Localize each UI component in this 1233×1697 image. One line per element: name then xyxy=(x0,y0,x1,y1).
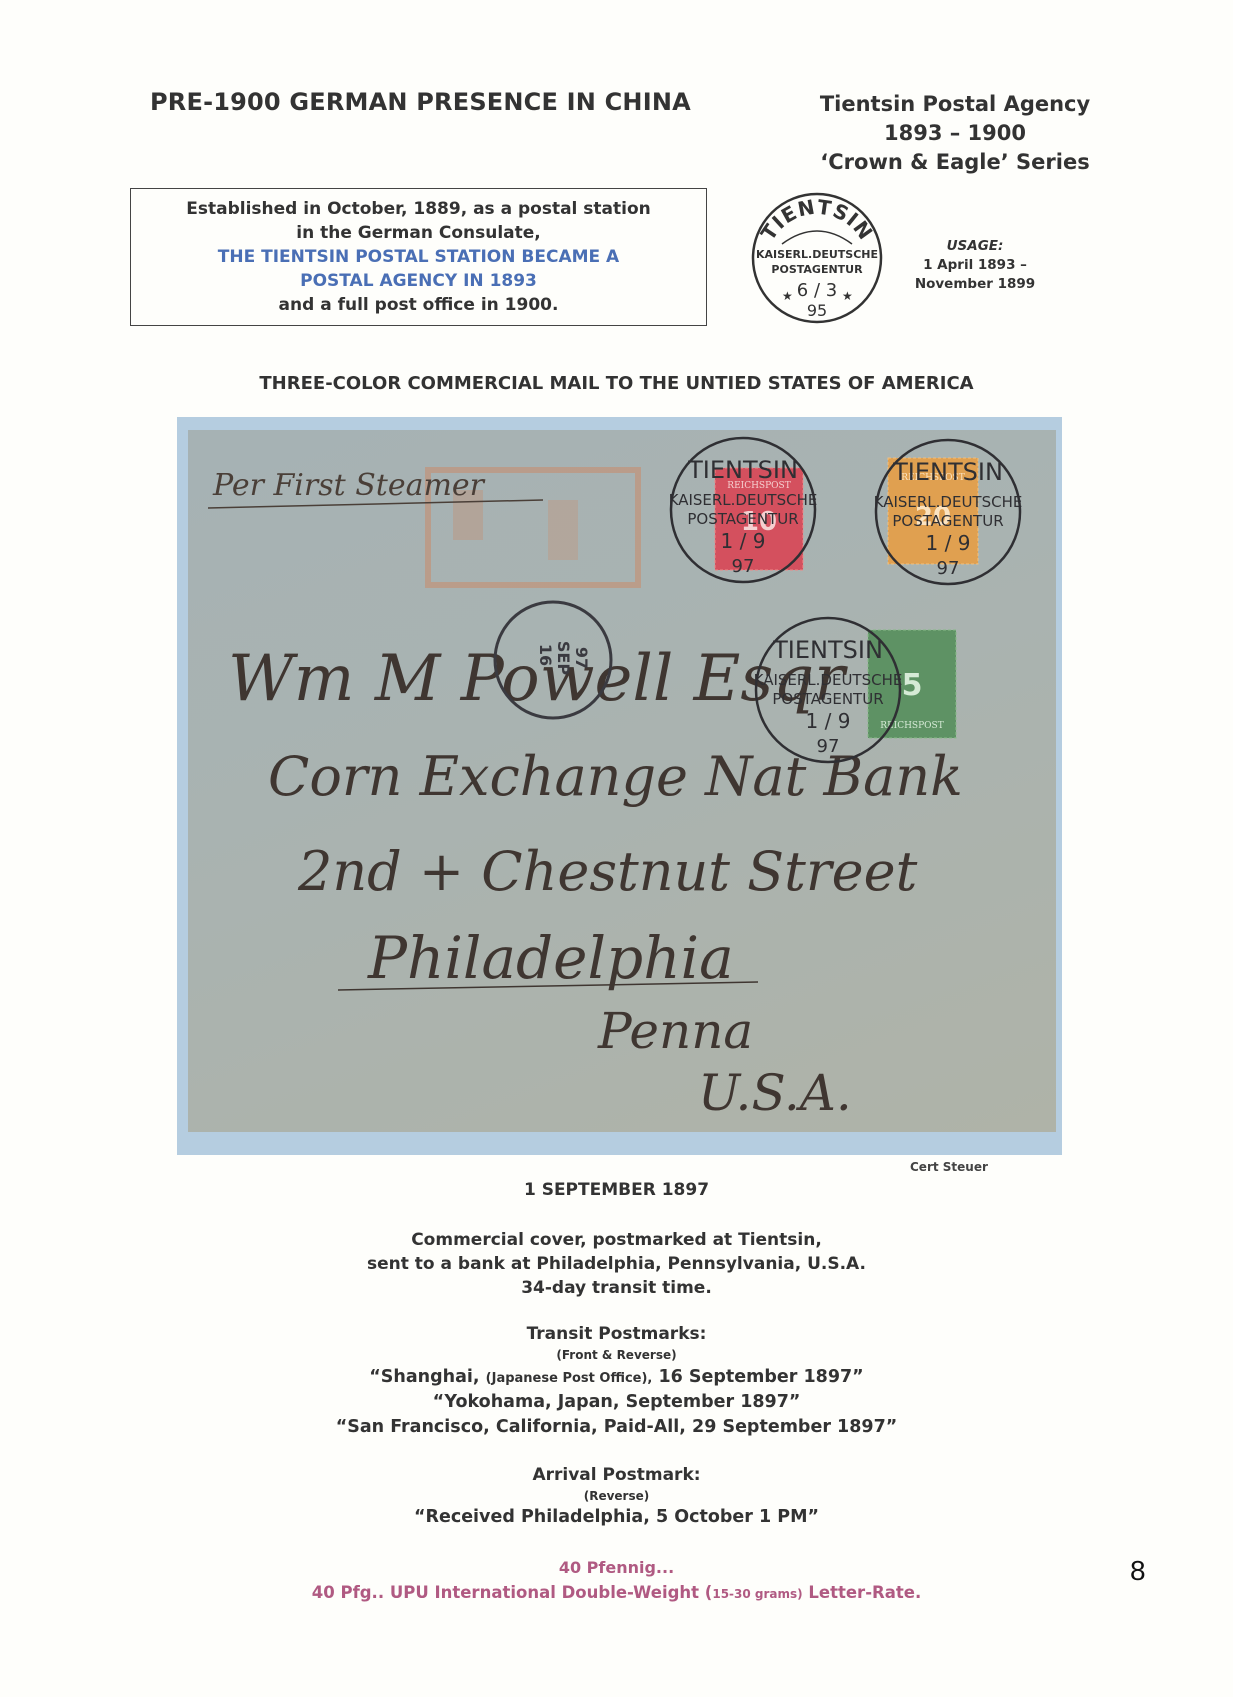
svg-text:POSTAGENTUR: POSTAGENTUR xyxy=(771,263,863,276)
transit-postmark-sanfrancisco: “San Francisco, California, Paid-All, 29… xyxy=(0,1417,1233,1437)
postmark-icon: TIENTSIN KAISERL.DEUTSCHE POSTAGENTUR 6 … xyxy=(747,188,887,328)
svg-text:1 / 9: 1 / 9 xyxy=(806,709,851,733)
sample-postmark: TIENTSIN KAISERL.DEUTSCHE POSTAGENTUR 6 … xyxy=(747,188,887,328)
arrival-note: (Reverse) xyxy=(0,1489,1233,1503)
page-title: PRE-1900 GERMAN PRESENCE IN CHINA xyxy=(150,88,691,116)
svg-text:97: 97 xyxy=(817,736,840,757)
usage-label: USAGE: xyxy=(905,237,1045,256)
svg-text:POSTAGENTUR: POSTAGENTUR xyxy=(687,510,798,528)
certificate-note: Cert Steuer xyxy=(910,1160,988,1174)
svg-text:16: 16 xyxy=(536,644,555,666)
arrival-postmark: “Received Philadelphia, 5 October 1 PM” xyxy=(0,1507,1233,1527)
usage-from: 1 April 1893 – xyxy=(905,256,1045,275)
svg-text:U.S.A.: U.S.A. xyxy=(698,1064,852,1122)
svg-text:1 / 9: 1 / 9 xyxy=(721,529,766,553)
section-title-series: ‘Crown & Eagle’ Series xyxy=(800,148,1110,177)
transit-heading: Transit Postmarks: xyxy=(0,1324,1233,1344)
section-title-line: Tientsin Postal Agency xyxy=(800,90,1110,119)
info-line: and a full post office in 1900. xyxy=(131,293,706,317)
rate-description: 40 Pfg.. UPU International Double-Weight… xyxy=(0,1583,1233,1602)
svg-text:97: 97 xyxy=(572,647,591,669)
svg-text:6 / 3: 6 / 3 xyxy=(797,280,837,301)
svg-text:Per First Steamer: Per First Steamer xyxy=(212,468,486,503)
svg-text:KAISERL.DEUTSCHE: KAISERL.DEUTSCHE xyxy=(756,248,878,261)
page-number: 8 xyxy=(1130,1555,1146,1587)
envelope-illustration: Per First Steamer Wm M Powell Esqr Corn … xyxy=(188,430,1056,1132)
svg-text:TIENTSIN: TIENTSIN xyxy=(687,456,798,484)
svg-text:95: 95 xyxy=(807,301,827,320)
usage-note: USAGE: 1 April 1893 – November 1899 xyxy=(905,237,1045,294)
svg-text:TIENTSIN: TIENTSIN xyxy=(756,195,878,245)
info-line: Established in October, 1889, as a posta… xyxy=(131,197,706,221)
info-box: Established in October, 1889, as a posta… xyxy=(130,188,707,326)
rate-heading: 40 Pfennig... xyxy=(0,1558,1233,1577)
exhibit-subtitle: THREE-COLOR COMMERCIAL MAIL TO THE UNTIE… xyxy=(0,373,1233,394)
section-title-dates: 1893 – 1900 xyxy=(800,119,1110,148)
transit-postmark-yokohama: “Yokohama, Japan, September 1897” xyxy=(0,1392,1233,1412)
description-line: Commercial cover, postmarked at Tientsin… xyxy=(0,1228,1233,1252)
svg-text:SEP: SEP xyxy=(554,641,573,675)
svg-text:Philadelphia: Philadelphia xyxy=(367,924,734,992)
svg-text:POSTAGENTUR: POSTAGENTUR xyxy=(892,512,1003,530)
svg-text:97: 97 xyxy=(937,558,960,579)
svg-text:POSTAGENTUR: POSTAGENTUR xyxy=(772,690,883,708)
description-line: sent to a bank at Philadelphia, Pennsylv… xyxy=(0,1252,1233,1276)
svg-text:97: 97 xyxy=(732,556,755,577)
svg-text:2nd + Chestnut Street: 2nd + Chestnut Street xyxy=(297,840,918,903)
section-title: Tientsin Postal Agency 1893 – 1900 ‘Crow… xyxy=(800,90,1110,177)
rate-text: 40 Pfg.. UPU International Double-Weight… xyxy=(312,1583,713,1602)
envelope-cover-image: Per First Steamer Wm M Powell Esqr Corn … xyxy=(188,430,1056,1132)
svg-text:Penna: Penna xyxy=(597,1002,753,1060)
usage-to: November 1899 xyxy=(905,275,1045,294)
rate-weight: 15-30 grams) xyxy=(712,1587,802,1601)
svg-text:TIENTSIN: TIENTSIN xyxy=(892,458,1003,486)
transit-postmark-shanghai: “Shanghai, (Japanese Post Office), 16 Se… xyxy=(0,1367,1233,1387)
cover-date: 1 SEPTEMBER 1897 xyxy=(0,1180,1233,1200)
svg-text:1 / 9: 1 / 9 xyxy=(926,531,971,555)
transit-note: (Front & Reverse) xyxy=(0,1348,1233,1362)
rate-type: Letter-Rate. xyxy=(803,1583,922,1602)
svg-text:★: ★ xyxy=(842,289,853,303)
svg-text:★: ★ xyxy=(782,289,793,303)
shanghai-date: 16 September 1897” xyxy=(658,1367,863,1387)
svg-text:KAISERL.DEUTSCHE: KAISERL.DEUTSCHE xyxy=(874,493,1023,511)
info-line: in the German Consulate, xyxy=(131,221,706,245)
info-highlight: POSTAL AGENCY IN 1893 xyxy=(131,269,706,293)
info-highlight: THE TIENTSIN POSTAL STATION BECAME A xyxy=(131,245,706,269)
arrival-heading: Arrival Postmark: xyxy=(0,1465,1233,1485)
svg-text:TIENTSIN: TIENTSIN xyxy=(772,636,883,664)
cover-description: Commercial cover, postmarked at Tientsin… xyxy=(0,1228,1233,1300)
svg-text:5: 5 xyxy=(902,668,923,703)
description-line: 34-day transit time. xyxy=(0,1276,1233,1300)
shanghai-office: (Japanese Post Office), xyxy=(486,1371,653,1386)
shanghai-text: “Shanghai, xyxy=(369,1367,479,1387)
svg-text:KAISERL.DEUTSCHE: KAISERL.DEUTSCHE xyxy=(754,671,903,689)
svg-text:KAISERL.DEUTSCHE: KAISERL.DEUTSCHE xyxy=(669,491,818,509)
